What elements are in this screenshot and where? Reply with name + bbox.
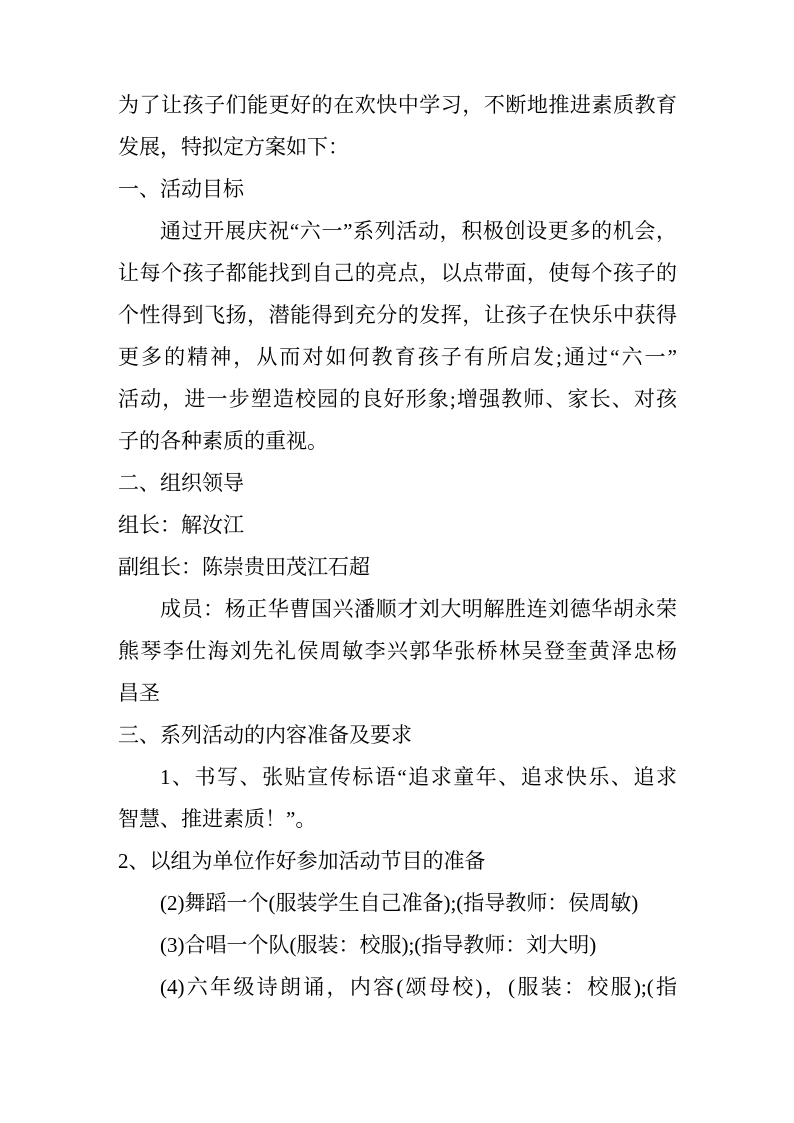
text-line: 1、书写、张贴宣传标语“追求童年、追求快乐、追求 (118, 756, 677, 798)
text-line: 二、组织领导 (118, 462, 677, 504)
text-line: 通过开展庆祝“六一”系列活动，积极创设更多的机会， (118, 210, 677, 252)
text-line: 三、系列活动的内容准备及要求 (118, 714, 677, 756)
document-body: 为了让孩子们能更好的在欢快中学习，不断地推进素质教育发展，特拟定方案如下：一、活… (118, 84, 677, 1008)
text-line: 子的各种素质的重视。 (118, 420, 677, 462)
text-line: 成员：杨正华曹国兴潘顺才刘大明解胜连刘德华胡永荣 (118, 588, 677, 630)
text-line: 智慧、推进素质！”。 (118, 798, 677, 840)
text-line: 熊琴李仕海刘先礼侯周敏李兴郭华张桥林吴登奎黄泽忠杨 (118, 630, 677, 672)
text-line: 个性得到飞扬，潜能得到充分的发挥，让孩子在快乐中获得 (118, 294, 677, 336)
text-line: 更多的精神，从而对如何教育孩子有所启发;通过“六一” (118, 336, 677, 378)
text-line: 让每个孩子都能找到自己的亮点，以点带面，使每个孩子的 (118, 252, 677, 294)
text-line: 副组长：陈崇贵田茂江石超 (118, 546, 677, 588)
text-line: 2、以组为单位作好参加活动节目的准备 (118, 840, 677, 882)
document-page: 为了让孩子们能更好的在欢快中学习，不断地推进素质教育发展，特拟定方案如下：一、活… (0, 0, 794, 1123)
text-line: (3)合唱一个队(服装：校服);(指导教师：刘大明) (118, 924, 677, 966)
text-line: 发展，特拟定方案如下： (118, 126, 677, 168)
text-line: 活动，进一步塑造校园的良好形象;增强教师、家长、对孩 (118, 378, 677, 420)
text-line: 组长：解汝江 (118, 504, 677, 546)
text-line: 昌圣 (118, 672, 677, 714)
text-line: (2)舞蹈一个(服装学生自己准备);(指导教师：侯周敏) (118, 882, 677, 924)
text-line: (4)六年级诗朗诵，内容(颂母校)，(服装：校服);(指 (118, 966, 677, 1008)
text-line: 一、活动目标 (118, 168, 677, 210)
text-line: 为了让孩子们能更好的在欢快中学习，不断地推进素质教育 (118, 84, 677, 126)
